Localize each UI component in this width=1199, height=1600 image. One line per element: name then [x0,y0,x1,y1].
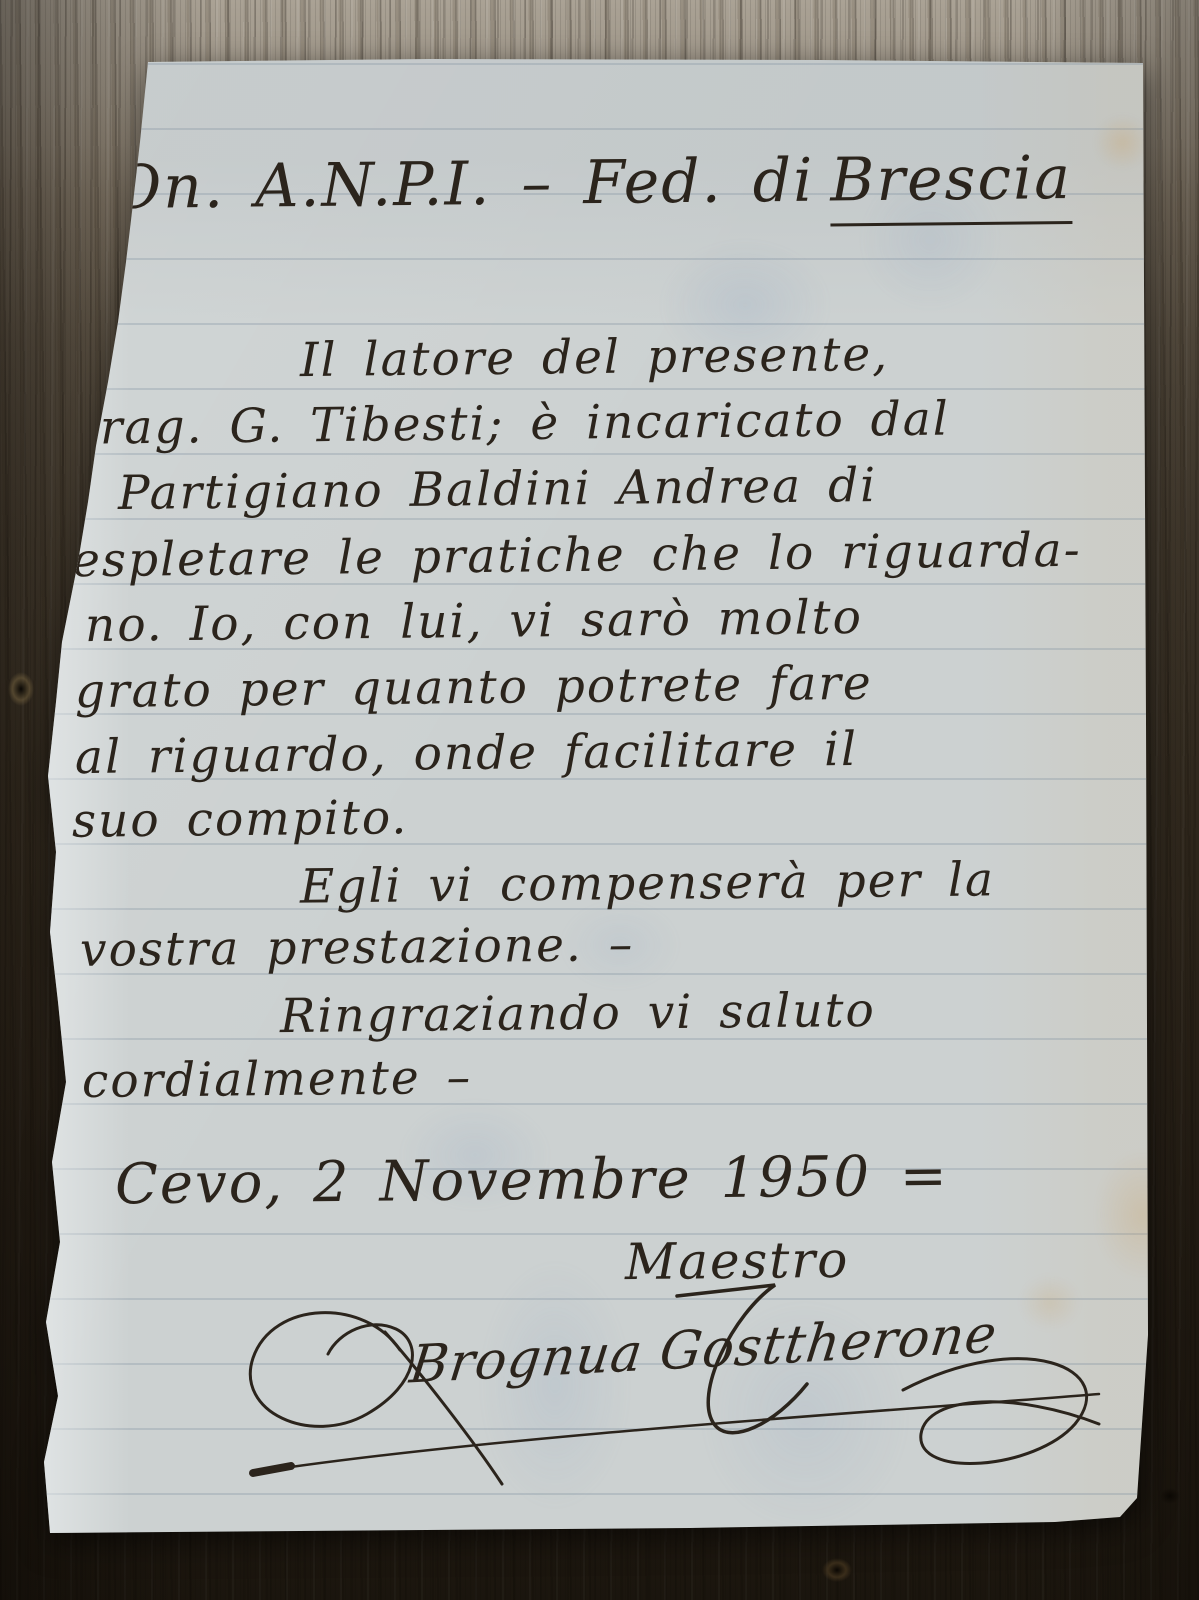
handwritten-line: Ringraziando vi saluto [280,983,876,1044]
letter-sheet-wrap: On. A.N.P.I. – Fed. diBrescia Il latore … [0,0,1199,1600]
handwritten-line: suo compito. [72,790,409,849]
addressee-underlined: Brescia [830,143,1072,227]
paper-stain [1095,115,1150,170]
handwritten-line: al riguardo, onde facilitare il [75,722,859,785]
date-line: Cevo, 2 Novembre 1950 = [115,1144,949,1218]
paper-stain [1095,1150,1190,1280]
handwritten-line: Partigiano Baldini Andrea di [118,458,878,521]
addressee-text: On. A.N.P.I. – Fed. di [112,146,815,223]
handwritten-line: grato per quanto potrete fare [75,656,873,719]
photo-scene: On. A.N.P.I. – Fed. diBrescia Il latore … [0,0,1199,1600]
handwritten-line: Il latore del presente, [300,327,890,388]
handwritten-line: espletare le pratiche che lo riguarda- [72,523,1082,589]
handwritten-line: vostra prestazione. – [80,917,635,978]
addressee-line: On. A.N.P.I. – Fed. diBrescia [112,143,1073,223]
signature: Brognua Gosttherone [215,1272,1125,1492]
handwritten-line: Egli vi compenserà per la [300,852,996,914]
letter-sheet: On. A.N.P.I. – Fed. diBrescia Il latore … [0,0,1199,1600]
handwritten-line: rag. G. Tibesti; è incaricato dal [100,392,950,456]
handwritten-line: no. Io, con lui, vi sarò molto [85,590,863,653]
handwritten-line: cordialmente – [82,1050,473,1109]
